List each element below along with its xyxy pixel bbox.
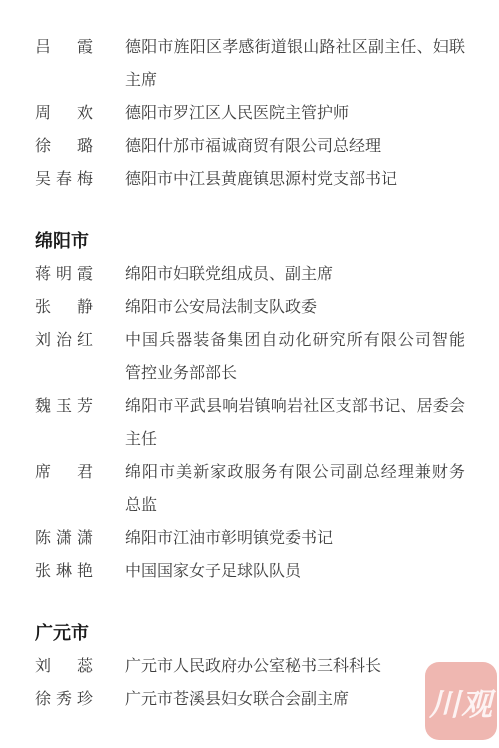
entry-title: 绵阳市江油市彰明镇党委书记 — [125, 522, 465, 555]
entry-name: 徐秀珍 — [35, 683, 93, 716]
entry-row: 吴春梅 德阳市中江县黄鹿镇思源村党支部书记 — [35, 163, 499, 196]
entry-name: 吴春梅 — [35, 163, 93, 196]
entry-name: 张静 — [35, 291, 93, 324]
title-line: 管控业务部部长 — [125, 357, 465, 390]
entry-title: 中国国家女子足球队队员 — [125, 555, 465, 588]
entry-row: 陈潇潇 绵阳市江油市彰明镇党委书记 — [35, 522, 499, 555]
title-line: 中国兵器装备集团自动化研究所有限公司智能 — [125, 324, 465, 357]
title-line: 绵阳市平武县响岩镇响岩社区支部书记、居委会 — [125, 390, 465, 423]
entry-title: 广元市苍溪县妇女联合会副主席 — [125, 683, 465, 716]
entry-name: 陈潇潇 — [35, 522, 93, 555]
entry-title: 中国兵器装备集团自动化研究所有限公司智能 管控业务部部长 — [125, 324, 465, 390]
award-list-document: 吕霞 德阳市旌阳区孝感街道银山路社区副主任、妇联 主席 周欢 德阳市罗江区人民医… — [0, 0, 499, 716]
title-line: 德阳市中江县黄鹿镇思源村党支部书记 — [125, 163, 465, 196]
entry-name: 魏玉芳 — [35, 390, 93, 456]
entry-row: 徐璐 德阳什邡市福诚商贸有限公司总经理 — [35, 130, 499, 163]
entry-row: 蒋明霞 绵阳市妇联党组成员、副主席 — [35, 258, 499, 291]
entry-title: 绵阳市美新家政服务有限公司副总经理兼财务 总监 — [125, 456, 465, 522]
entry-title: 绵阳市公安局法制支队政委 — [125, 291, 465, 324]
entry-title: 德阳市中江县黄鹿镇思源村党支部书记 — [125, 163, 465, 196]
entry-row: 刘治红 中国兵器装备集团自动化研究所有限公司智能 管控业务部部长 — [35, 324, 499, 390]
entry-name: 徐璐 — [35, 130, 93, 163]
entry-row: 张琳艳 中国国家女子足球队队员 — [35, 555, 499, 588]
entry-name: 周欢 — [35, 97, 93, 130]
title-line: 绵阳市江油市彰明镇党委书记 — [125, 522, 465, 555]
title-line: 广元市苍溪县妇女联合会副主席 — [125, 683, 465, 716]
watermark-text: 川观 — [429, 679, 493, 724]
title-line: 绵阳市妇联党组成员、副主席 — [125, 258, 465, 291]
title-line: 中国国家女子足球队队员 — [125, 555, 465, 588]
entry-name: 刘蕊 — [35, 650, 93, 683]
entry-name: 蒋明霞 — [35, 258, 93, 291]
entry-row: 魏玉芳 绵阳市平武县响岩镇响岩社区支部书记、居委会 主任 — [35, 390, 499, 456]
entry-title: 德阳市罗江区人民医院主管护师 — [125, 97, 465, 130]
title-line: 主席 — [125, 64, 465, 97]
entry-name: 吕霞 — [35, 31, 93, 97]
entry-row: 席君 绵阳市美新家政服务有限公司副总经理兼财务 总监 — [35, 456, 499, 522]
entry-row: 张静 绵阳市公安局法制支队政委 — [35, 291, 499, 324]
title-line: 德阳什邡市福诚商贸有限公司总经理 — [125, 130, 465, 163]
entry-row: 周欢 德阳市罗江区人民医院主管护师 — [35, 97, 499, 130]
entry-name: 席君 — [35, 456, 93, 522]
chuanguan-watermark-logo: 川观 — [425, 662, 497, 740]
entry-title: 绵阳市平武县响岩镇响岩社区支部书记、居委会 主任 — [125, 390, 465, 456]
section-header-guangyuan: 广元市 — [35, 617, 499, 650]
entry-row: 吕霞 德阳市旌阳区孝感街道银山路社区副主任、妇联 主席 — [35, 31, 499, 97]
title-line: 绵阳市公安局法制支队政委 — [125, 291, 465, 324]
entry-name: 张琳艳 — [35, 555, 93, 588]
title-line: 广元市人民政府办公室秘书三科科长 — [125, 650, 465, 683]
title-line: 德阳市罗江区人民医院主管护师 — [125, 97, 465, 130]
entry-title: 广元市人民政府办公室秘书三科科长 — [125, 650, 465, 683]
entry-title: 德阳市旌阳区孝感街道银山路社区副主任、妇联 主席 — [125, 31, 465, 97]
entry-title: 绵阳市妇联党组成员、副主席 — [125, 258, 465, 291]
section-header-mianyang: 绵阳市 — [35, 225, 499, 258]
entry-name: 刘治红 — [35, 324, 93, 390]
title-line: 总监 — [125, 489, 465, 522]
title-line: 绵阳市美新家政服务有限公司副总经理兼财务 — [125, 456, 465, 489]
title-line: 德阳市旌阳区孝感街道银山路社区副主任、妇联 — [125, 31, 465, 64]
title-line: 主任 — [125, 423, 465, 456]
entry-title: 德阳什邡市福诚商贸有限公司总经理 — [125, 130, 465, 163]
